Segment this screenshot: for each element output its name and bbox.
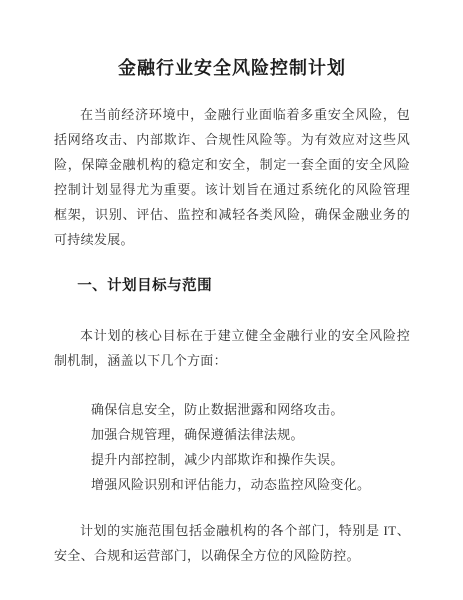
closing-paragraph: 计划的实施范围包括金融机构的各个部门，特别是 IT、安全、合规和运营部门，以确保… (54, 518, 410, 568)
intro-paragraph: 在当前经济环境中，金融行业面临着多重安全风险，包括网络攻击、内部欺诈、合规性风险… (54, 102, 410, 252)
section-lead-paragraph: 本计划的核心目标在于建立健全金融行业的安全风险控制机制，涵盖以下几个方面： (54, 323, 410, 373)
list-item: 提升内部控制，减少内部欺诈和操作失误。 (91, 447, 410, 472)
document-title: 金融行业安全风险控制计划 (54, 56, 410, 80)
document-page: 金融行业安全风险控制计划 在当前经济环境中，金融行业面临着多重安全风险，包括网络… (0, 0, 463, 600)
section-heading: 一、计划目标与范围 (54, 276, 410, 296)
list-item: 加强合规管理，确保遵循法律法规。 (91, 422, 410, 447)
objectives-list: 确保信息安全，防止数据泄露和网络攻击。 加强合规管理，确保遵循法律法规。 提升内… (54, 397, 410, 497)
list-item: 确保信息安全，防止数据泄露和网络攻击。 (91, 397, 410, 422)
list-item: 增强风险识别和评估能力，动态监控风险变化。 (91, 472, 410, 497)
